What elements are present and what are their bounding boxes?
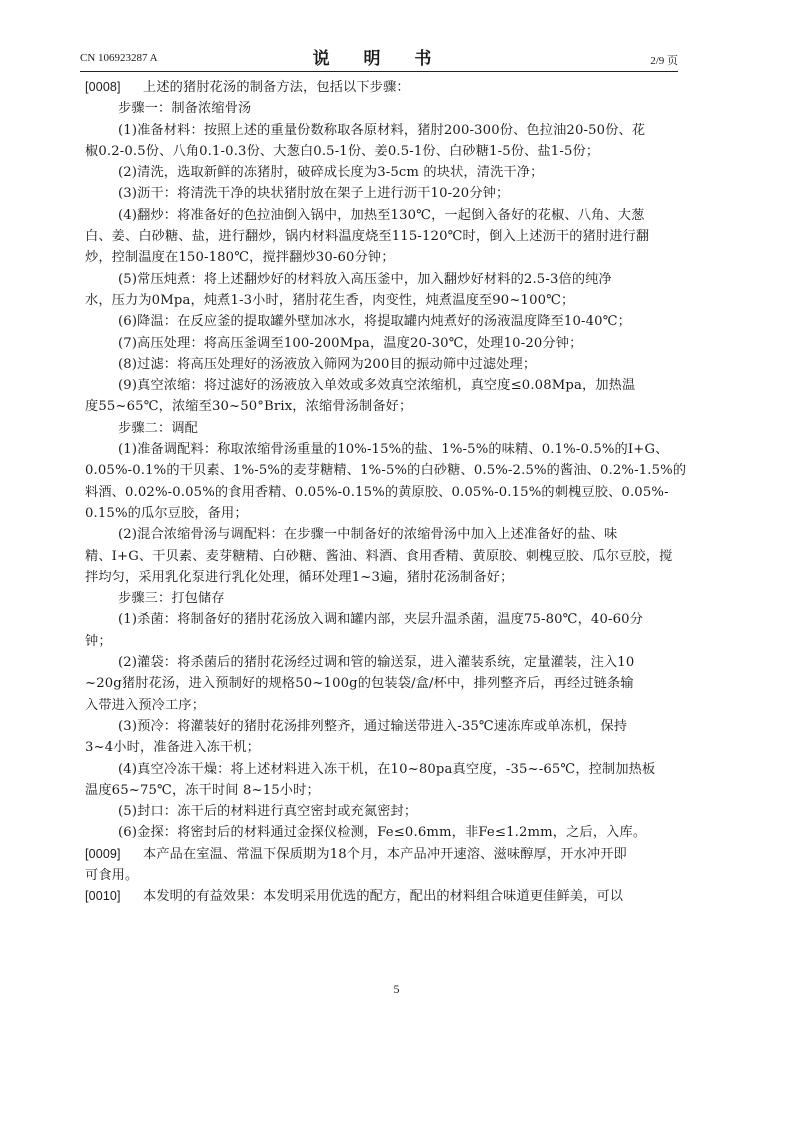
step3-item-1-cont: 钟；: [85, 631, 679, 652]
step3-item-4-cont: 温度65~75℃，冻干时间 8~15小时；: [85, 780, 679, 801]
paragraph-0010: [0010] 本发明的有益效果：本发明采用优选的配方，配出的材料组合味道更佳鲜美…: [85, 886, 679, 907]
step3-item-6: (6)金探：将密封后的材料通过金探仪检测，Fe≤0.6mm，非Fe≤1.2mm，…: [85, 822, 679, 843]
step1-item-9: (9)真空浓缩：将过滤好的汤液放入单效或多效真空浓缩机，真空度≤0.08Mpa，…: [85, 375, 679, 396]
step1-item-4-cont: 白、姜、白砂糖、盐，进行翻炒，锅内材料温度烧至115-120℃时，倒入上述沥干的…: [85, 226, 679, 247]
step1-item-5-cont: 水，压力为0Mpa，炖煮1-3小时，猪肘花生香，肉变性，炖煮温度至90~100℃…: [85, 290, 679, 311]
step2-item-1-cont: 料酒、0.02%-0.05%的食用香精、0.05%-0.15%的黄原胶、0.05…: [85, 482, 679, 503]
step2-item-1: (1)准备调配料：称取浓缩骨汤重量的10%-15%的盐、1%-5%的味精、0.1…: [85, 439, 679, 460]
step3-item-3: (3)预冷：将灌装好的猪肘花汤排列整齐，通过输送带进入-35℃速冻库或单冻机，保…: [85, 716, 679, 737]
step1-item-7: (7)高压处理：将高压釜调至100-200Mpa，温度20-30℃，处理10-2…: [85, 333, 679, 354]
step1-item-2: (2)清洗，选取新鲜的冻猪肘，破碎成长度为3-5cm 的块状，清洗干净；: [85, 162, 679, 183]
step1-item-8: (8)过滤：将高压处理好的汤液放入筛网为200目的振动筛中过滤处理；: [85, 354, 679, 375]
step3-item-2-cont: ~20g猪肘花汤，进入预制好的规格50~100g的包装袋/盒/杯中，排列整齐后，…: [85, 673, 679, 694]
paragraph-0009: [0009] 本产品在室温、常温下保质期为18个月，本产品冲开速溶、滋味醇厚，开…: [85, 844, 679, 865]
step2-item-1-cont: 0.15%的瓜尔豆胶，备用；: [85, 503, 679, 524]
header-rule: [80, 71, 678, 72]
paragraph-number: [0008]: [85, 77, 121, 98]
step1-item-6: (6)降温：在反应釜的提取罐外壁加冰水，将提取罐内炖煮好的汤液温度降至10-40…: [85, 311, 679, 332]
document-body: [0008] 上述的猪肘花汤的制备方法，包括以下步骤： 步骤一：制备浓缩骨汤 (…: [85, 77, 679, 908]
step3-item-2-cont: 入带进入预冷工序；: [85, 695, 679, 716]
step3-heading: 步骤三：打包储存: [85, 588, 679, 609]
page-header: CN 106923287 A 说 明 书 2/9 页: [80, 44, 678, 70]
step2-item-2-cont: 精、I+G、干贝素、麦芽糖精、白砂糖、酱油、料酒、食用香精、黄原胶、刺槐豆胶、瓜…: [85, 546, 679, 567]
step2-item-2: (2)混合浓缩骨汤与调配料：在步骤一中制备好的浓缩骨汤中加入上述准备好的盐、味: [85, 524, 679, 545]
step1-item-4-cont: 炒，控制温度在150-180℃，搅拌翻炒30-60分钟；: [85, 247, 679, 268]
step3-item-1: (1)杀菌：将制备好的猪肘花汤放入调和罐内部，夹层升温杀菌，温度75-80℃，4…: [85, 609, 679, 630]
step3-item-3-cont: 3~4小时，准备进入冻干机；: [85, 737, 679, 758]
step1-heading: 步骤一：制备浓缩骨汤: [85, 98, 679, 119]
step2-item-1-cont: 0.05%-0.1%的干贝素、1%-5%的麦芽糖精、1%-5%的白砂糖、0.5%…: [85, 460, 679, 481]
step1-item-3: (3)沥干：将清洗干净的块状猪肘放在架子上进行沥干10-20分钟；: [85, 183, 679, 204]
paragraph-0008: [0008] 上述的猪肘花汤的制备方法，包括以下步骤：: [85, 77, 679, 98]
step1-item-5: (5)常压炖煮：将上述翻炒好的材料放入高压釜中，加入翻炒好材料的2.5-3倍的纯…: [85, 269, 679, 290]
step3-item-2: (2)灌袋：将杀菌后的猪肘花汤经过调和管的输送泵，进入灌装系统，定量灌装，注入1…: [85, 652, 679, 673]
paragraph-number: [0009]: [85, 844, 121, 865]
step2-heading: 步骤二：调配: [85, 418, 679, 439]
paragraph-0009-cont: 可食用。: [85, 865, 679, 886]
step1-item-4: (4)翻炒：将准备好的色拉油倒入锅中，加热至130℃，一起倒入备好的花椒、八角、…: [85, 205, 679, 226]
step1-item-1-cont: 椒0.2-0.5份、八角0.1-0.3份、大葱白0.5-1份、姜0.5-1份、白…: [85, 141, 679, 162]
step1-item-1: (1)准备材料：按照上述的重量份数称取各原材料，猪肘200-300份、色拉油20…: [85, 120, 679, 141]
step3-item-4: (4)真空冷冻干燥：将上述材料进入冻干机，在10~80pa真空度，-35~-65…: [85, 759, 679, 780]
step1-item-9-cont: 度55~65℃，浓缩至30~50°Brix，浓缩骨汤制备好；: [85, 396, 679, 417]
page-title: 说 明 书: [80, 44, 678, 69]
page-indicator: 2/9 页: [650, 52, 678, 68]
paragraph-number: [0010]: [85, 886, 121, 907]
step3-item-5: (5)封口：冻干后的材料进行真空密封或充氮密封；: [85, 801, 679, 822]
page-number: 5: [0, 982, 793, 997]
step2-item-2-cont: 拌均匀，采用乳化泵进行乳化处理，循环处理1~3遍，猪肘花汤制备好；: [85, 567, 679, 588]
